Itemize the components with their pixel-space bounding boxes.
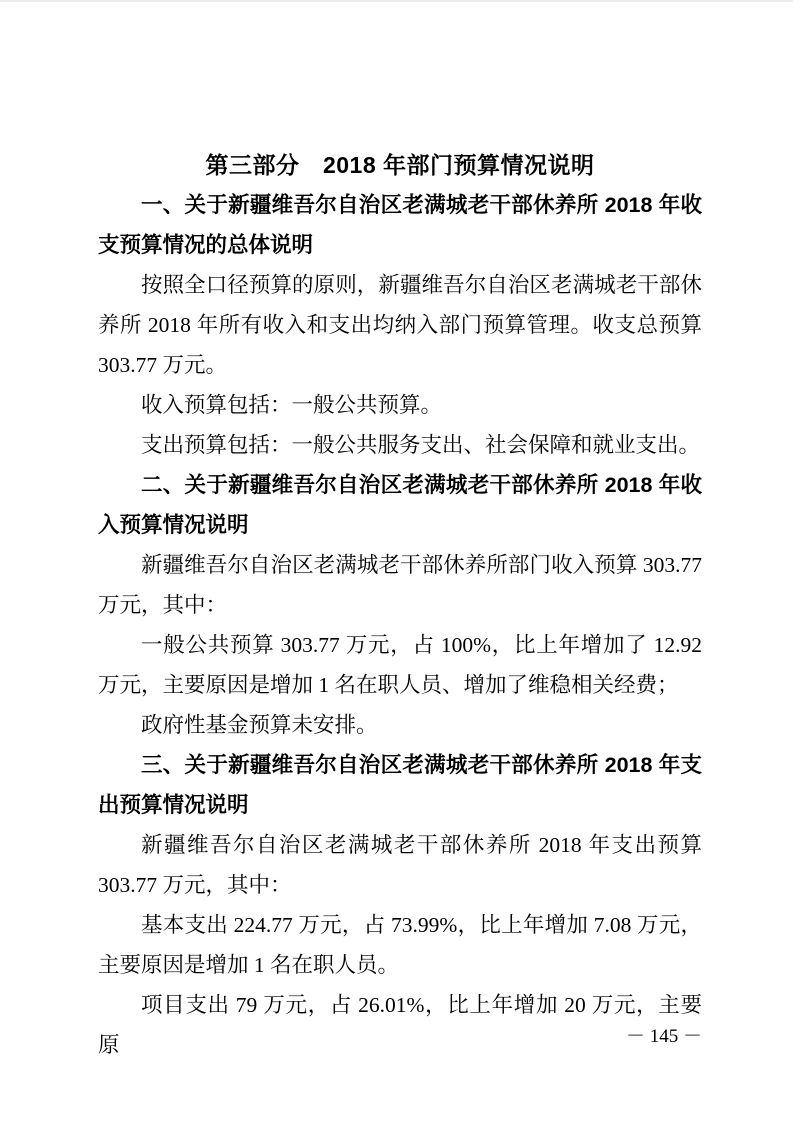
section-heading: 三、关于新疆维吾尔自治区老满城老干部休养所 2018 年支出预算情况说明 xyxy=(98,745,702,825)
paragraph: 政府性基金预算未安排。 xyxy=(98,705,702,745)
paragraph: 收入预算包括：一般公共预算。 xyxy=(98,385,702,425)
paragraph: 支出预算包括：一般公共服务支出、社会保障和就业支出。 xyxy=(98,425,702,465)
document-paragraphs: 一、关于新疆维吾尔自治区老满城老干部休养所 2018 年收支预算情况的总体说明按… xyxy=(98,185,702,1065)
paragraph: 基本支出 224.77 万元，占 73.99%，比上年增加 7.08 万元，主要… xyxy=(98,905,702,985)
paragraph: 新疆维吾尔自治区老满城老干部休养所 2018 年支出预算 303.77 万元，其… xyxy=(98,825,702,905)
document-content: 第三部分 2018 年部门预算情况说明 一、关于新疆维吾尔自治区老满城老干部休养… xyxy=(98,145,702,1065)
document-page: 第三部分 2018 年部门预算情况说明 一、关于新疆维吾尔自治区老满城老干部休养… xyxy=(0,0,793,1122)
paragraph: 按照全口径预算的原则，新疆维吾尔自治区老满城老干部休养所 2018 年所有收入和… xyxy=(98,265,702,385)
document-title: 第三部分 2018 年部门预算情况说明 xyxy=(98,145,702,185)
section-heading: 一、关于新疆维吾尔自治区老满城老干部休养所 2018 年收支预算情况的总体说明 xyxy=(98,185,702,265)
section-heading: 二、关于新疆维吾尔自治区老满城老干部休养所 2018 年收入预算情况说明 xyxy=(98,465,702,545)
page-number: － 145 － xyxy=(98,1024,702,1050)
paragraph: 一般公共预算 303.77 万元，占 100%，比上年增加了 12.92 万元，… xyxy=(98,625,702,705)
paragraph: 新疆维吾尔自治区老满城老干部休养所部门收入预算 303.77 万元，其中： xyxy=(98,545,702,625)
